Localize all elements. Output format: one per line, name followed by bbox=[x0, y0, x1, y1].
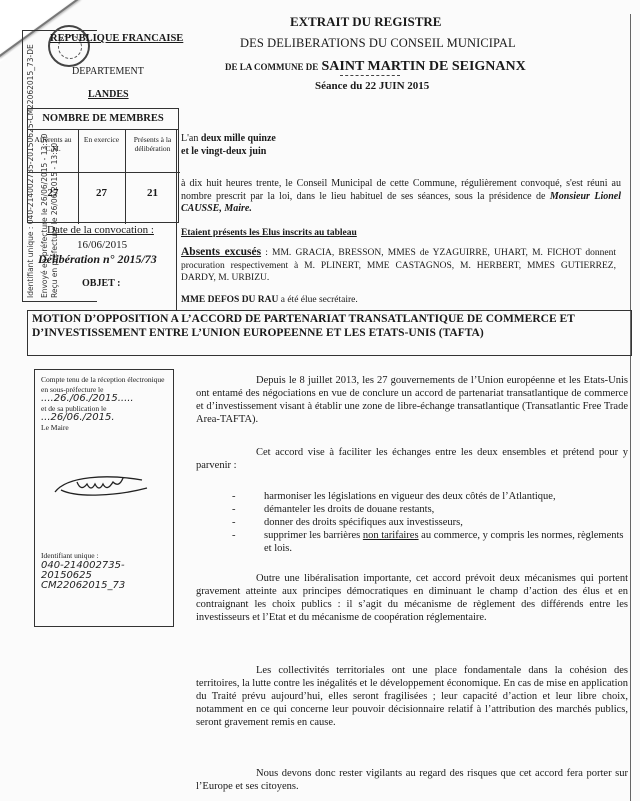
reception-box: Compte tenu de la réception électronique… bbox=[34, 369, 174, 627]
reception-date: ....26./06./2015..... bbox=[41, 394, 167, 404]
departement-label: DEPARTEMENT bbox=[72, 66, 144, 77]
municipal-seal-icon bbox=[48, 25, 90, 67]
document-title: EXTRAIT DU REGISTRE bbox=[290, 14, 441, 30]
commune-heading: DE LA COMMUNE DE SAINT MARTIN DE SEIGNAN… bbox=[225, 58, 526, 75]
scanned-page: Identifiant unique : 040-214002735-20150… bbox=[0, 0, 640, 801]
list-item: donner des droits spécifiques aux invest… bbox=[232, 516, 628, 529]
document-subtitle: DES DELIBERATIONS DU CONSEIL MUNICIPAL bbox=[240, 36, 516, 51]
convocation-label: Date de la convocation : bbox=[47, 224, 154, 236]
convocation-block: Date de la convocation : 16/06/2015 Déli… bbox=[22, 222, 179, 304]
objet-label: OBJET : bbox=[82, 278, 120, 289]
republique-heading: REPUBLIQUE FRANCAISE bbox=[50, 33, 183, 44]
members-table: NOMBRE DE MEMBRES Afférents au C.M. 27 E… bbox=[27, 108, 179, 223]
list-item: harmoniser les législations en vigueur d… bbox=[232, 490, 628, 503]
presents-line: Etaient présents les Elus inscrits au ta… bbox=[181, 227, 357, 240]
title-separator bbox=[340, 75, 400, 76]
session-intro: à dix huit heures trente, le Conseil Mun… bbox=[181, 178, 621, 216]
members-col-exercice: En exercice 27 bbox=[78, 129, 126, 224]
body-paragraph-3: Outre une libéralisation importante, cet… bbox=[196, 572, 628, 624]
motion-title: MOTION D’OPPOSITION A L’ACCORD DE PARTEN… bbox=[27, 310, 632, 356]
deliberation-number: Délibération n° 2015/73 bbox=[38, 252, 157, 267]
body-paragraph-4: Les collectivités territoriales ont une … bbox=[196, 664, 628, 729]
seance-date: Séance du 22 JUIN 2015 bbox=[315, 80, 429, 92]
list-item: supprimer les barrières non tarifaires a… bbox=[232, 529, 628, 555]
body-paragraph-1: Depuis le 8 juillet 2013, les 27 gouvern… bbox=[196, 374, 628, 426]
members-col-afferents: Afférents au C.M. 27 bbox=[28, 129, 79, 224]
departement-name: LANDES bbox=[88, 89, 129, 100]
publication-date: ...26/06./2015. bbox=[41, 413, 167, 423]
mayor-signature-icon bbox=[47, 470, 157, 500]
secretaire-line: MME DEFOS DU RAU a été élue secrétaire. bbox=[181, 294, 358, 307]
objectives-list: harmoniser les législations en vigueur d… bbox=[232, 490, 628, 555]
members-col-presents: Présents à la délibération 21 bbox=[125, 129, 180, 224]
commune-name: SAINT MARTIN DE SEIGNANX bbox=[322, 59, 526, 74]
body-paragraph-2: Cet accord vise à faciliter les échanges… bbox=[196, 446, 628, 472]
absents-paragraph: Absents excusés : MM. GRACIA, BRESSON, M… bbox=[181, 246, 616, 285]
session-date-text: L'an deux mille quinze et le vingt-deux … bbox=[181, 133, 276, 158]
members-title: NOMBRE DE MEMBRES bbox=[28, 109, 178, 130]
identifiant-block: Identifiant unique : 040-214002735- 2015… bbox=[41, 551, 173, 591]
list-item: démanteler les droits de douane restants… bbox=[232, 503, 628, 516]
body-paragraph-5: Nous devons donc rester vigilants au reg… bbox=[196, 767, 628, 793]
convocation-date: 16/06/2015 bbox=[77, 239, 127, 251]
